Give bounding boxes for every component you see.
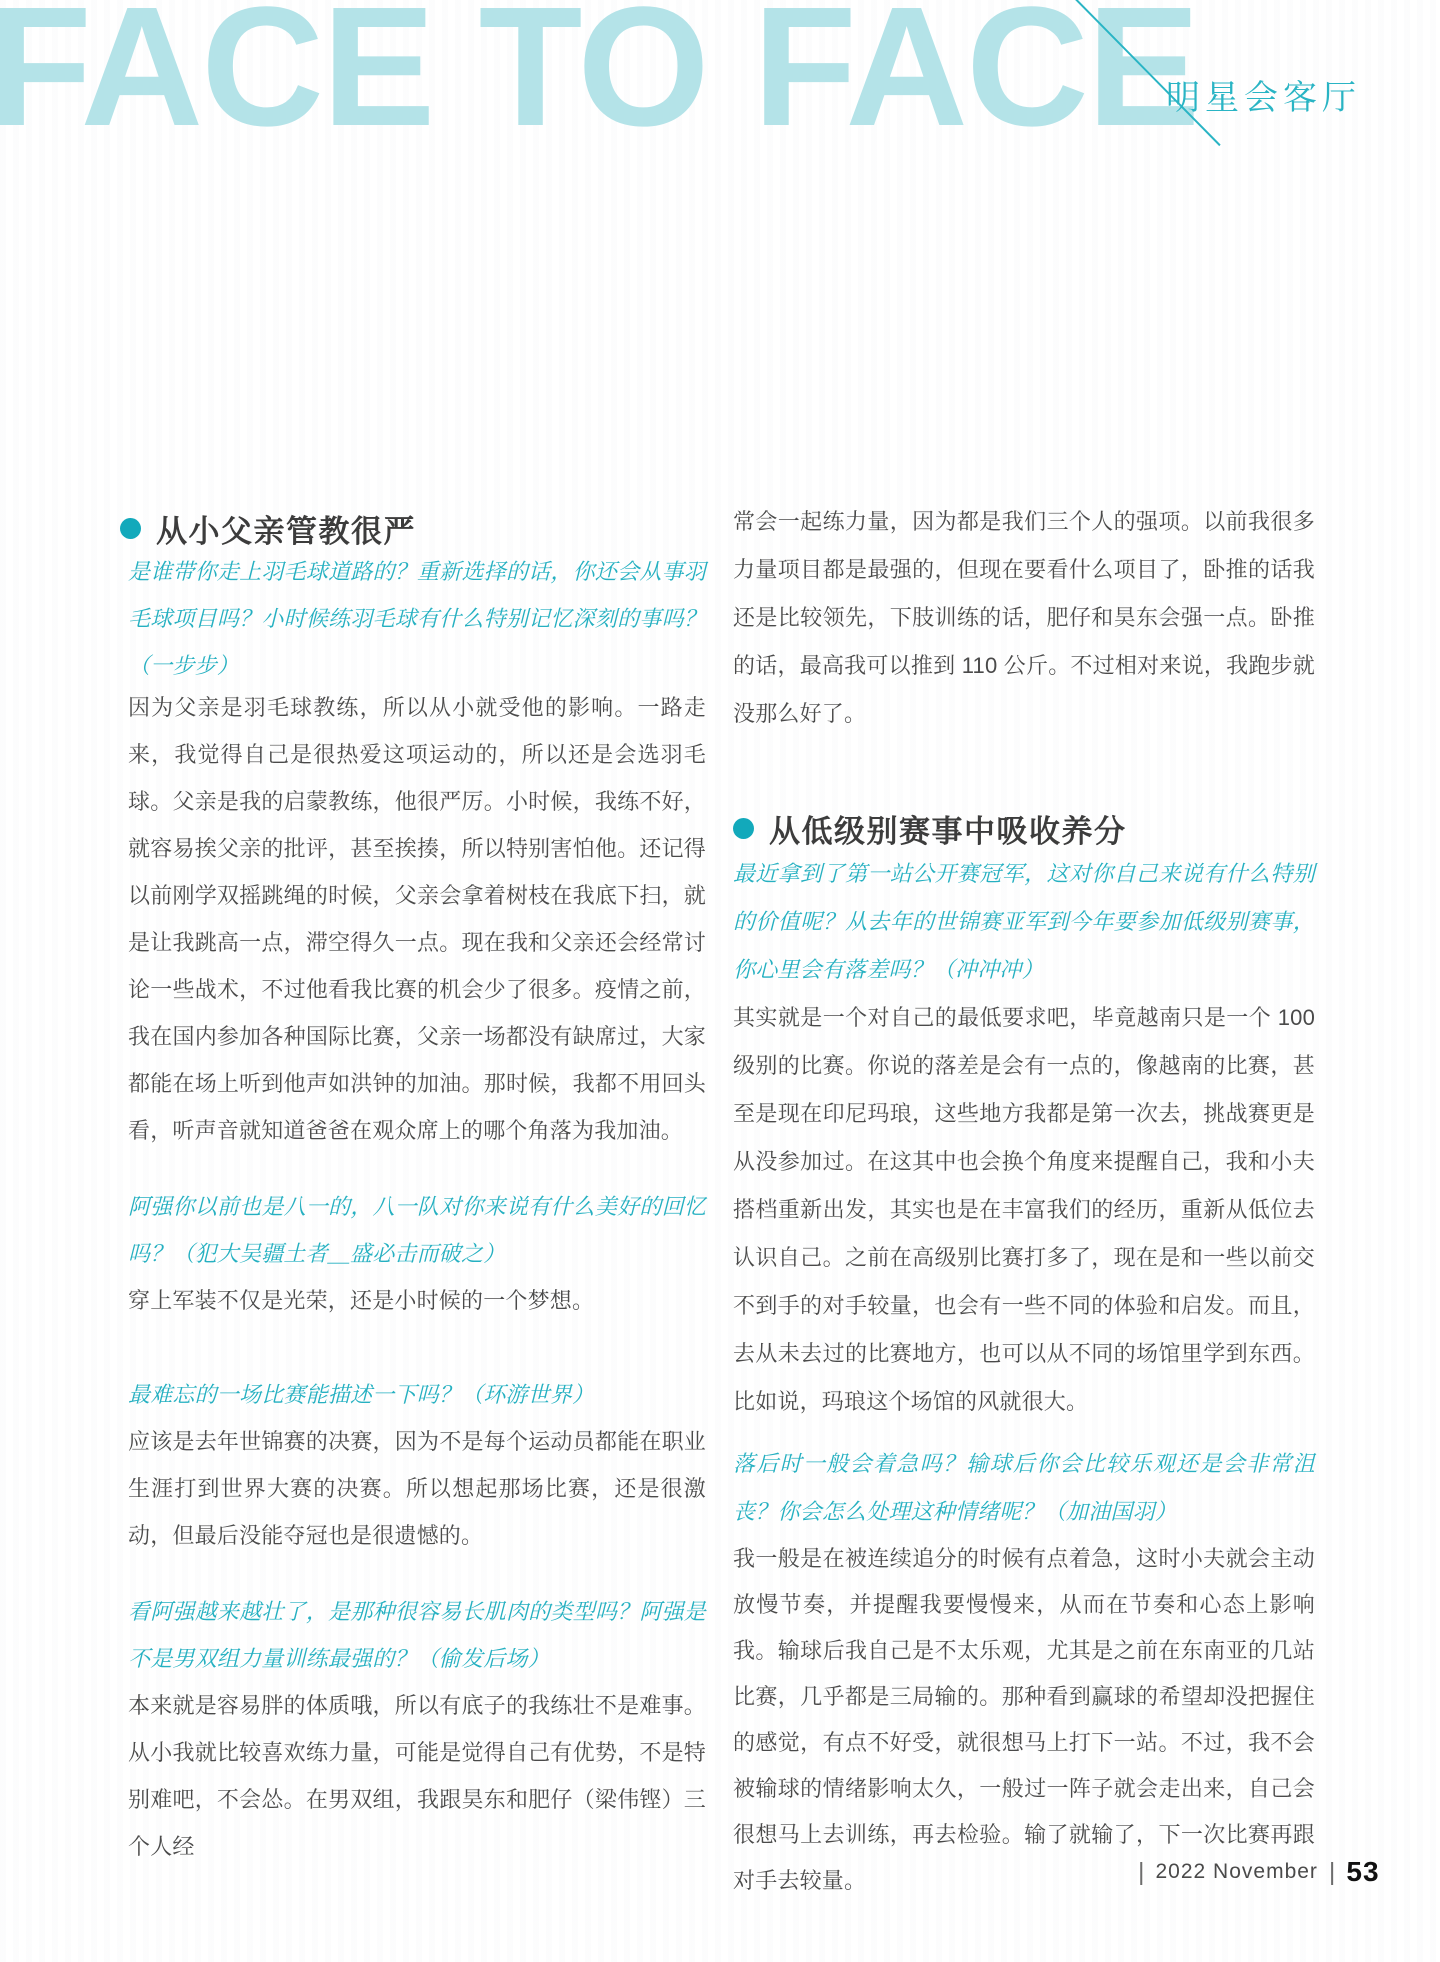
- page-footer: | 2022 November | 53: [1138, 1856, 1380, 1888]
- footer-separator: |: [1329, 1858, 1336, 1887]
- answer-4-part2: 常会一起练力量，因为都是我们三个人的强项。以前我很多力量项目都是最强的，但现在要…: [733, 498, 1315, 738]
- section-heading-2: 从低级别赛事中吸收养分: [733, 806, 1127, 851]
- answer-3: 应该是去年世锦赛的决赛，因为不是每个运动员都能在职业生涯打到世界大赛的决赛。所以…: [128, 1418, 706, 1559]
- answer-6: 我一般是在被连续追分的时候有点着急，这时小夫就会主动放慢节奏，并提醒我要慢慢来，…: [733, 1536, 1315, 1904]
- page-title: FACE TO FACE: [0, 0, 1198, 152]
- question-1: 是谁带你走上羽毛球道路的？重新选择的话，你还会从事羽毛球项目吗？小时候练羽毛球有…: [128, 548, 706, 689]
- question-5: 最近拿到了第一站公开赛冠军，这对你自己来说有什么特别的价值呢？从去年的世锦赛亚军…: [733, 850, 1315, 994]
- magazine-page: FACE TO FACE 明星会客厅 从小父亲管教很严 是谁带你走上羽毛球道路的…: [0, 0, 1440, 1962]
- footer-date: 2022 November: [1156, 1860, 1318, 1884]
- answer-4-part1: 本来就是容易胖的体质哦，所以有底子的我练壮不是难事。从小我就比较喜欢练力量，可能…: [128, 1682, 706, 1870]
- section-heading-text: 从小父亲管教很严: [156, 506, 416, 551]
- column-tagline: 明星会客厅: [1166, 70, 1361, 119]
- answer-5: 其实就是一个对自己的最低要求吧，毕竟越南只是一个 100 级别的比赛。你说的落差…: [733, 994, 1315, 1426]
- question-3: 最难忘的一场比赛能描述一下吗？（环游世界）: [128, 1371, 706, 1418]
- question-6: 落后时一般会着急吗？输球后你会比较乐观还是会非常沮丧？你会怎么处理这种情绪呢？（…: [733, 1440, 1315, 1536]
- answer-2: 穿上军装不仅是光荣，还是小时候的一个梦想。: [128, 1277, 706, 1324]
- footer-page-number: 53: [1346, 1856, 1379, 1888]
- footer-separator: |: [1138, 1858, 1145, 1887]
- question-4: 看阿强越来越壮了，是那种很容易长肌肉的类型吗？阿强是不是男双组力量训练最强的？（…: [128, 1588, 706, 1682]
- answer-1: 因为父亲是羽毛球教练，所以从小就受他的影响。一路走来，我觉得自己是很热爱这项运动…: [128, 684, 706, 1154]
- bullet-icon: [120, 518, 141, 539]
- section-heading-1: 从小父亲管教很严: [120, 506, 416, 551]
- bullet-icon: [733, 818, 754, 839]
- section-heading-text: 从低级别赛事中吸收养分: [769, 806, 1127, 851]
- question-2: 阿强你以前也是八一的，八一队对你来说有什么美好的回忆吗？（犯大吴疆土者＿盛必击而…: [128, 1183, 706, 1277]
